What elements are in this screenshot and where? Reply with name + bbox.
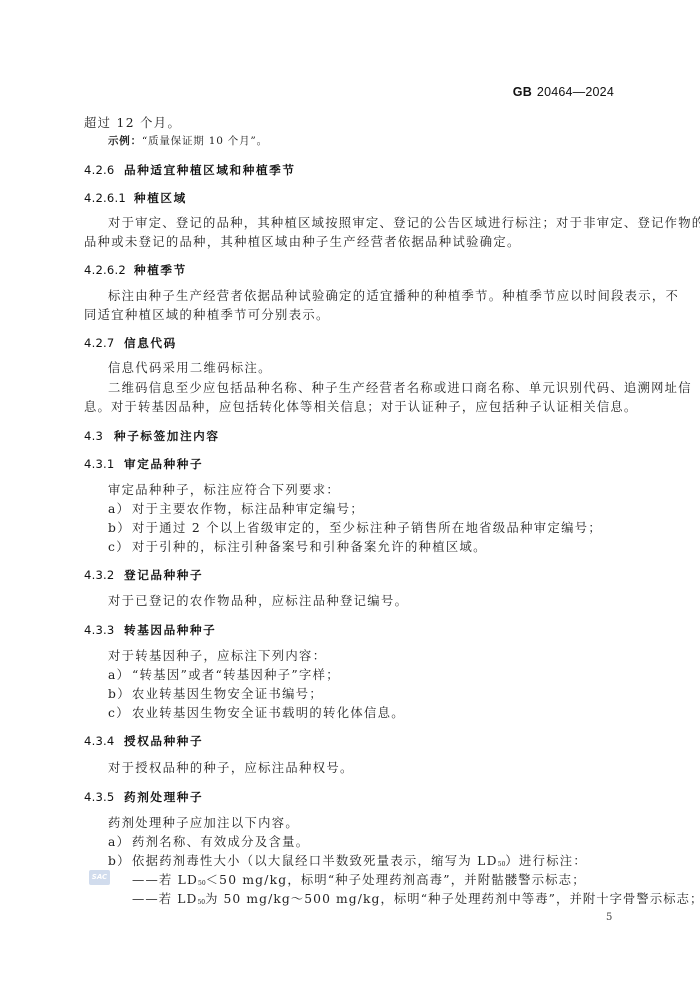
list-item: c）对于引种的，标注引种备案号和引种备案允许的种植区域。 xyxy=(108,539,487,555)
paragraph-line: 信息代码采用二维码标注。 xyxy=(108,360,272,376)
dash-text: 为 50 mg/kg～500 mg/kg，标明“种子处理药剂中等毒”，并附十字骨… xyxy=(205,892,700,906)
section-heading-4-3-5: 4.3.5药剂处理种子 xyxy=(84,789,203,805)
section-title: 信息代码 xyxy=(124,336,177,350)
dash-prefix: ——若 LD xyxy=(132,892,197,906)
example-label: 示例： xyxy=(108,135,142,147)
section-title: 转基因品种种子 xyxy=(124,623,216,637)
section-heading-4-3-3: 4.3.3转基因品种种子 xyxy=(84,622,216,638)
paragraph-line: 二维码信息至少应包括品种名称、种子生产经营者名称或进口商名称、单元识别代码、追溯… xyxy=(108,380,692,396)
section-title: 登记品种种子 xyxy=(124,568,203,582)
section-heading-4-2-6: 4.2.6品种适宜种植区域和种植季节 xyxy=(84,162,296,178)
paragraph-line: 标注由种子生产经营者依据品种试验确定的适宜播种的种植季节。种植季节应以时间段表示… xyxy=(108,288,679,304)
list-item: a）“转基因”或者“转基因种子”字样； xyxy=(108,667,340,683)
list-text: 对于通过 2 个以上省级审定的，至少标注种子销售所在地省级品种审定编号； xyxy=(132,521,602,535)
list-marker: a） xyxy=(108,834,132,850)
section-title: 审定品种种子 xyxy=(124,457,203,471)
dash-text: ＜50 mg/kg，标明“种子处理药剂高毒”，并附骷髅警示标志； xyxy=(206,873,586,887)
list-text: 依据药剂毒性大小（以大鼠经口半数致死量表示，缩写为 LD xyxy=(132,854,498,868)
list-marker: b） xyxy=(108,853,132,869)
section-heading-4-3-2: 4.3.2登记品种种子 xyxy=(84,567,203,583)
paragraph-line: 对于审定、登记的品种，其种植区域按照审定、登记的公告区域进行标注；对于非审定、登… xyxy=(108,215,700,231)
section-number: 4.3.5 xyxy=(84,789,124,805)
document-page: GB20464—2024 超过 12 个月。 示例：“质量保证期 10 个月”。… xyxy=(0,0,700,990)
list-item: b）依据药剂毒性大小（以大鼠经口半数致死量表示，缩写为 LD50）进行标注： xyxy=(108,853,587,873)
list-text: 对于主要农作物，标注品种审定编号； xyxy=(132,502,364,516)
section-heading-4-3: 4.3种子标签加注内容 xyxy=(84,428,220,444)
list-text: 对于引种的，标注引种备案号和引种备案允许的种植区域。 xyxy=(132,540,487,554)
paragraph-line: 对于转基因种子，应标注下列内容： xyxy=(108,648,326,664)
section-heading-4-2-6-1: 4.2.6.1种植区域 xyxy=(84,190,187,206)
section-number: 4.3.4 xyxy=(84,733,124,749)
paragraph-line: 审定品种种子，标注应符合下列要求： xyxy=(108,482,340,498)
section-number: 4.3.3 xyxy=(84,622,124,638)
list-item: a）对于主要农作物，标注品种审定编号； xyxy=(108,501,364,517)
section-heading-4-2-6-2: 4.2.6.2种植季节 xyxy=(84,262,187,278)
standard-prefix: GB xyxy=(513,85,532,99)
section-heading-4-3-1: 4.3.1审定品种种子 xyxy=(84,456,203,472)
section-title: 药剂处理种子 xyxy=(124,790,203,804)
list-text: 农业转基因生物安全证书编号； xyxy=(132,687,323,701)
list-marker: c） xyxy=(108,539,132,555)
standard-number: 20464—2024 xyxy=(537,85,614,99)
paragraph-line: 对于已登记的农作物品种，应标注品种登记编号。 xyxy=(108,593,408,609)
section-title: 种植区域 xyxy=(134,191,187,205)
list-marker: b） xyxy=(108,520,132,536)
paragraph-line: 对于授权品种的种子，应标注品种权号。 xyxy=(108,760,354,776)
section-title: 种植季节 xyxy=(134,263,187,277)
list-marker: a） xyxy=(108,667,132,683)
list-text: 农业转基因生物安全证书载明的转化体信息。 xyxy=(132,706,405,720)
dash-prefix: ——若 LD xyxy=(132,873,198,887)
page-number: 5 xyxy=(606,912,612,923)
paragraph-line: 药剂处理种子应加注以下内容。 xyxy=(108,815,299,831)
section-heading-4-3-4: 4.3.4授权品种种子 xyxy=(84,733,203,749)
list-marker: c） xyxy=(108,705,132,721)
example-note: 示例：“质量保证期 10 个月”。 xyxy=(108,133,268,149)
dash-item: ——若 LD50为 50 mg/kg～500 mg/kg，标明“种子处理药剂中等… xyxy=(132,891,700,911)
list-text: ）进行标注： xyxy=(505,854,587,868)
sac-watermark-logo: SAC xyxy=(89,870,110,885)
subscript: 50 xyxy=(197,899,205,906)
section-number: 4.3.1 xyxy=(84,456,124,472)
section-number: 4.2.6 xyxy=(84,162,124,178)
list-item: c）农业转基因生物安全证书载明的转化体信息。 xyxy=(108,705,405,721)
section-heading-4-2-7: 4.2.7信息代码 xyxy=(84,335,177,351)
list-text: “转基因”或者“转基因种子”字样； xyxy=(132,668,340,682)
example-text: “质量保证期 10 个月”。 xyxy=(142,135,268,147)
list-item: b）对于通过 2 个以上省级审定的，至少标注种子销售所在地省级品种审定编号； xyxy=(108,520,602,536)
section-number: 4.2.6.2 xyxy=(84,262,134,278)
section-title: 种子标签加注内容 xyxy=(114,429,220,443)
subscript: 50 xyxy=(198,880,206,887)
section-number: 4.2.6.1 xyxy=(84,190,134,206)
section-number: 4.3 xyxy=(84,428,114,444)
continuation-text: 超过 12 个月。 xyxy=(84,115,181,131)
list-marker: a） xyxy=(108,501,132,517)
list-item: a）药剂名称、有效成分及含量。 xyxy=(108,834,309,850)
list-marker: b） xyxy=(108,686,132,702)
dash-item: ——若 LD50＜50 mg/kg，标明“种子处理药剂高毒”，并附骷髅警示标志； xyxy=(132,872,586,892)
list-text: 药剂名称、有效成分及含量。 xyxy=(132,835,309,849)
section-title: 品种适宜种植区域和种植季节 xyxy=(124,163,296,177)
section-number: 4.3.2 xyxy=(84,567,124,583)
list-item: b）农业转基因生物安全证书编号； xyxy=(108,686,323,702)
paragraph-line: 息。对于转基因品种，应包括转化体等相关信息；对于认证种子，应包括种子认证相关信息… xyxy=(84,399,637,415)
standard-code-header: GB20464—2024 xyxy=(513,85,614,99)
paragraph-line: 同适宜种植区域的种植季节可分别表示。 xyxy=(84,307,330,323)
section-number: 4.2.7 xyxy=(84,335,124,351)
section-title: 授权品种种子 xyxy=(124,734,203,748)
paragraph-line: 品种或未登记的品种，其种植区域由种子生产经营者依据品种试验确定。 xyxy=(84,234,521,250)
